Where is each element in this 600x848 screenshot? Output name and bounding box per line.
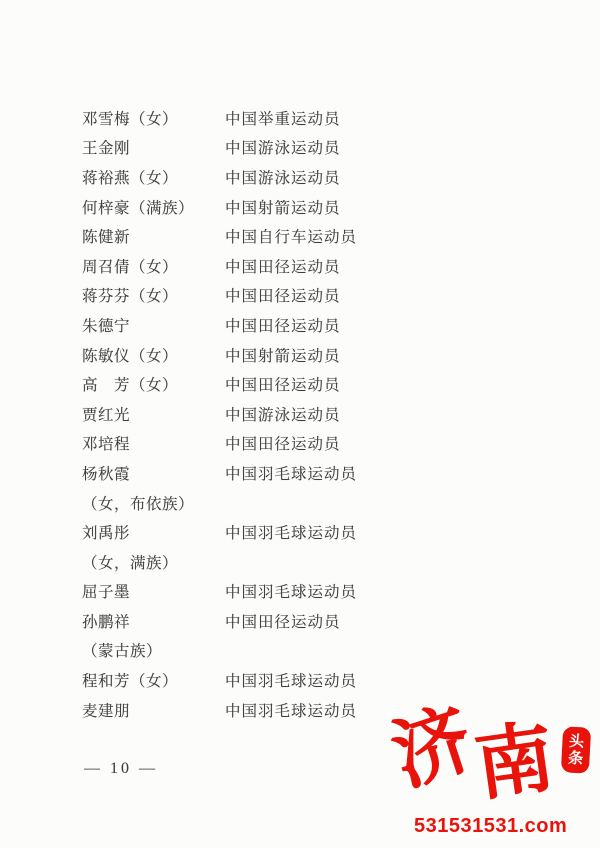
- athlete-name: 杨秋霞: [82, 462, 225, 484]
- athlete-name: 邓雪梅（女）: [82, 107, 225, 129]
- athlete-list: 邓雪梅（女）中国举重运动员王金刚中国游泳运动员蒋裕燕（女）中国游泳运动员何梓豪（…: [82, 103, 562, 724]
- list-item: 朱德宁中国田径运动员: [82, 310, 562, 340]
- athlete-name: 朱德宁: [82, 314, 225, 336]
- athlete-name: 蒋芬芬（女）: [82, 284, 225, 306]
- list-item: 高 芳（女）中国田径运动员: [82, 369, 562, 399]
- athlete-name: 刘禹彤: [82, 521, 225, 543]
- athlete-title: 中国游泳运动员: [225, 403, 341, 425]
- brand-char-nan: 南: [471, 718, 559, 806]
- list-item: （蒙古族）: [82, 636, 562, 666]
- athlete-title: 中国田径运动员: [225, 255, 341, 277]
- athlete-title: 中国田径运动员: [225, 610, 341, 632]
- list-item: 程和芳（女）中国羽毛球运动员: [82, 665, 562, 695]
- list-item: 孙鹏祥中国田径运动员: [82, 606, 562, 636]
- page-number: — 10 —: [84, 760, 158, 778]
- athlete-name: 何梓豪（满族）: [82, 196, 225, 218]
- athlete-name: 邓培程: [82, 432, 225, 454]
- athlete-name: 程和芳（女）: [82, 669, 225, 691]
- athlete-name: （蒙古族）: [82, 639, 225, 661]
- athlete-title: 中国田径运动员: [225, 284, 341, 306]
- athlete-name: 周召倩（女）: [82, 255, 225, 277]
- list-item: 何梓豪（满族）中国射箭运动员: [82, 192, 562, 222]
- athlete-title: 中国羽毛球运动员: [225, 580, 357, 602]
- athlete-name: 蒋裕燕（女）: [82, 166, 225, 188]
- list-item: 陈敏仪（女）中国射箭运动员: [82, 340, 562, 370]
- athlete-name: 贾红光: [82, 403, 225, 425]
- athlete-title: 中国羽毛球运动员: [225, 669, 357, 691]
- athlete-name: 陈敏仪（女）: [82, 344, 225, 366]
- list-item: 蒋裕燕（女）中国游泳运动员: [82, 162, 562, 192]
- jinan-calligraphy-logo: 济南: [393, 709, 554, 798]
- list-item: 邓培程中国田径运动员: [82, 429, 562, 459]
- list-item: 屈子墨中国羽毛球运动员: [82, 577, 562, 607]
- athlete-title: 中国举重运动员: [225, 107, 341, 129]
- athlete-title: 中国田径运动员: [225, 314, 341, 336]
- athlete-name: 王金刚: [82, 136, 225, 158]
- list-item: 杨秋霞中国羽毛球运动员: [82, 458, 562, 488]
- athlete-title: 中国游泳运动员: [225, 166, 341, 188]
- athlete-title: 中国游泳运动员: [225, 136, 341, 158]
- athlete-title: 中国射箭运动员: [225, 344, 341, 366]
- athlete-title: 中国射箭运动员: [225, 196, 341, 218]
- seal-text: 头条: [565, 732, 588, 767]
- athlete-name: 麦建朋: [82, 699, 225, 721]
- list-item: （女，满族）: [82, 547, 562, 577]
- athlete-name: （女，满族）: [82, 551, 225, 573]
- athlete-name: 陈健新: [82, 225, 225, 247]
- athlete-title: 中国羽毛球运动员: [225, 462, 357, 484]
- document-page: 邓雪梅（女）中国举重运动员王金刚中国游泳运动员蒋裕燕（女）中国游泳运动员何梓豪（…: [0, 0, 600, 848]
- athlete-title: 中国田径运动员: [225, 432, 341, 454]
- list-item: （女，布依族）: [82, 488, 562, 518]
- athlete-name: 孙鹏祥: [82, 610, 225, 632]
- toutiao-seal-badge: 头条: [561, 726, 591, 773]
- list-item: 陈健新中国自行车运动员: [82, 221, 562, 251]
- list-item: 刘禹彤中国羽毛球运动员: [82, 517, 562, 547]
- list-item: 邓雪梅（女）中国举重运动员: [82, 103, 562, 133]
- watermark-url: 531531531.com: [414, 815, 567, 838]
- athlete-title: 中国羽毛球运动员: [225, 699, 357, 721]
- list-item: 贾红光中国游泳运动员: [82, 399, 562, 429]
- brand-char-ji: 济: [383, 699, 481, 797]
- list-item: 周召倩（女）中国田径运动员: [82, 251, 562, 281]
- athlete-title: 中国自行车运动员: [225, 225, 357, 247]
- list-item: 蒋芬芬（女）中国田径运动员: [82, 281, 562, 311]
- athlete-title: 中国田径运动员: [225, 373, 341, 395]
- athlete-name: 高 芳（女）: [82, 373, 225, 395]
- athlete-title: 中国羽毛球运动员: [225, 521, 357, 543]
- athlete-name: 屈子墨: [82, 580, 225, 602]
- jinan-toutiao-watermark: 济南 头条 531531531.com: [382, 712, 596, 844]
- athlete-name: （女，布依族）: [82, 492, 225, 514]
- list-item: 王金刚中国游泳运动员: [82, 133, 562, 163]
